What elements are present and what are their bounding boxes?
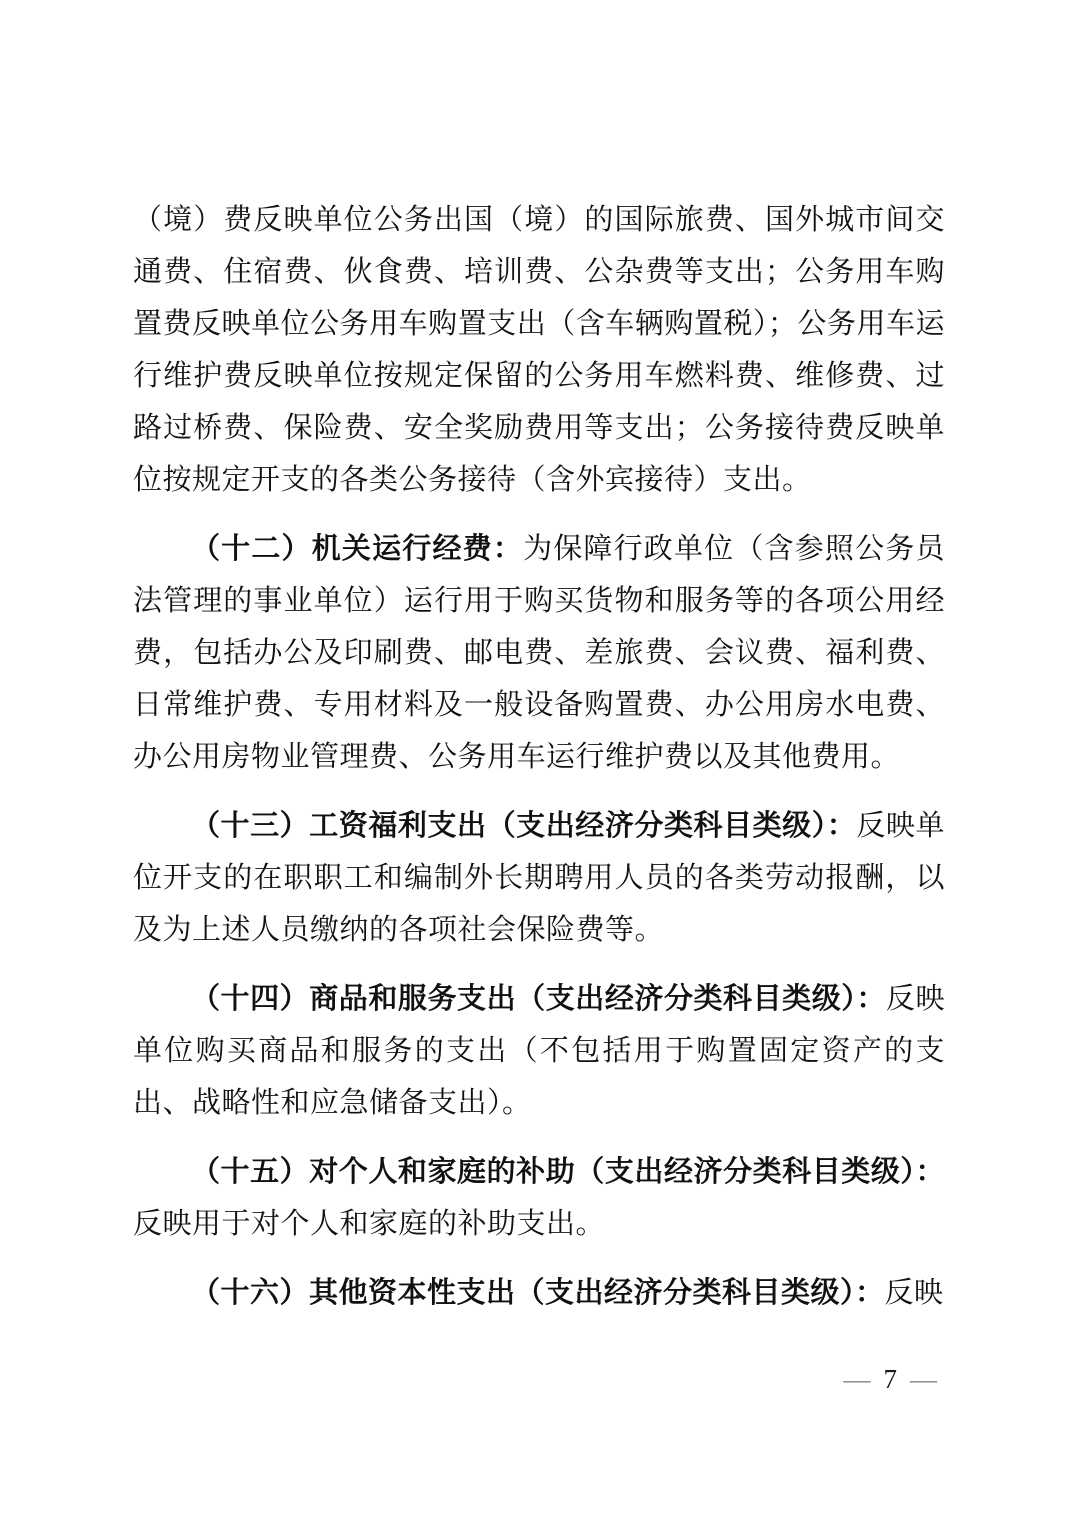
paragraph-lead: （十四）商品和服务支出（支出经济分类科目类级）： bbox=[191, 983, 886, 1015]
paragraph-lead: （十二）机关运行经费： bbox=[191, 533, 523, 565]
paragraph: （十五）对个人和家庭的补助（支出经济分类科目类级）：反映用于对个人和家庭的补助支… bbox=[133, 1146, 945, 1250]
footer-dash-right: — bbox=[910, 1364, 937, 1394]
page-number: 7 bbox=[884, 1364, 898, 1394]
paragraph-lead: （十三）工资福利支出（支出经济分类科目类级）： bbox=[191, 810, 856, 842]
paragraph-lead: （十五）对个人和家庭的补助（支出经济分类科目类级）： bbox=[191, 1156, 945, 1188]
paragraph-body: （境）费反映单位公务出国（境）的国际旅费、国外城市间交通费、住宿费、伙食费、培训… bbox=[133, 204, 945, 496]
footer-dash-left: — bbox=[844, 1364, 871, 1394]
paragraph-lead: （十六）其他资本性支出（支出经济分类科目类级）： bbox=[191, 1277, 885, 1309]
page-footer: —7— bbox=[844, 1364, 938, 1394]
paragraph-body: 反映 bbox=[885, 1277, 944, 1309]
document-body-text: （境）费反映单位公务出国（境）的国际旅费、国外城市间交通费、住宿费、伙食费、培训… bbox=[133, 194, 945, 1319]
document-page: （境）费反映单位公务出国（境）的国际旅费、国外城市间交通费、住宿费、伙食费、培训… bbox=[0, 0, 1074, 1520]
paragraph: （十六）其他资本性支出（支出经济分类科目类级）：反映 bbox=[133, 1267, 945, 1319]
paragraph: （十三）工资福利支出（支出经济分类科目类级）：反映单位开支的在职职工和编制外长期… bbox=[133, 800, 945, 956]
paragraph: （十二）机关运行经费：为保障行政单位（含参照公务员法管理的事业单位）运行用于购买… bbox=[133, 523, 945, 783]
paragraph: （十四）商品和服务支出（支出经济分类科目类级）：反映单位购买商品和服务的支出（不… bbox=[133, 973, 945, 1129]
paragraph: （境）费反映单位公务出国（境）的国际旅费、国外城市间交通费、住宿费、伙食费、培训… bbox=[133, 194, 945, 506]
paragraph-body: 反映用于对个人和家庭的补助支出。 bbox=[133, 1208, 605, 1240]
paragraph-body: 为保障行政单位（含参照公务员法管理的事业单位）运行用于购买货物和服务等的各项公用… bbox=[133, 533, 945, 773]
